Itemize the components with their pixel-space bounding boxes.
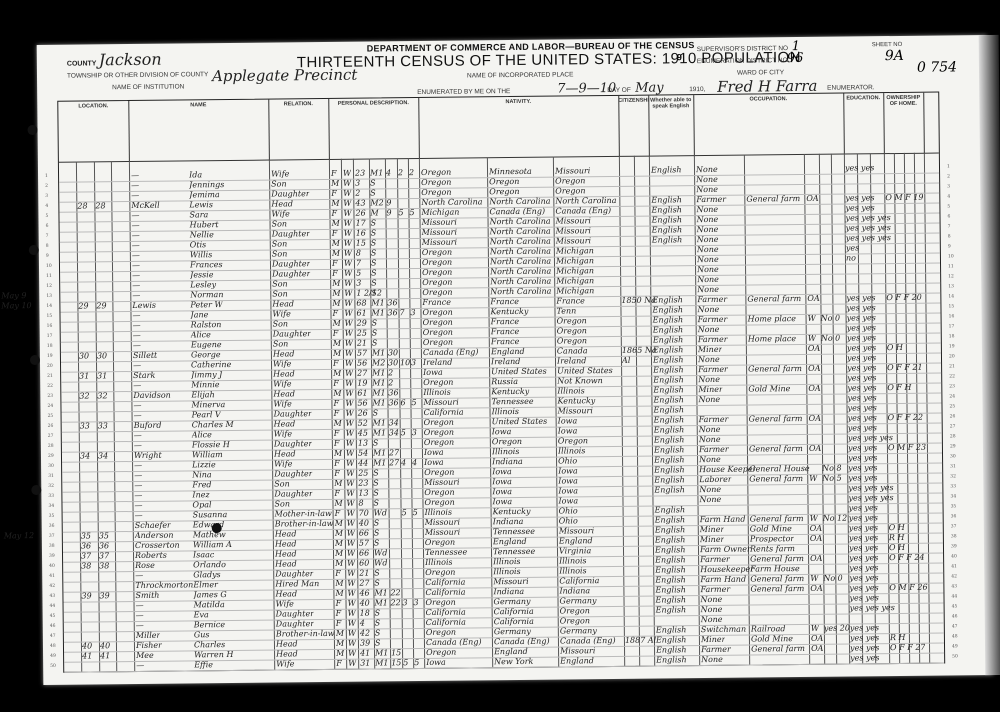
cell-race: W bbox=[348, 649, 356, 659]
binder-hole bbox=[212, 523, 222, 533]
cell-edu: yes bbox=[846, 243, 859, 253]
row-number: 40 bbox=[49, 562, 55, 572]
cell-given: Orlando bbox=[193, 560, 226, 570]
cell-race: W bbox=[345, 339, 353, 349]
row-number: 32 bbox=[48, 482, 54, 492]
cell-pobm: Oregon bbox=[557, 326, 587, 336]
cell-lang: English bbox=[653, 375, 684, 385]
cell-sex: M bbox=[333, 389, 341, 399]
row-number: 22 bbox=[47, 382, 53, 392]
cell-ms: S bbox=[370, 178, 376, 188]
cell-pobm: Missouri bbox=[557, 406, 592, 416]
cell-ms: S bbox=[371, 228, 377, 238]
cell-wk: No 0 bbox=[823, 574, 843, 584]
cell-ind: General farm bbox=[750, 554, 804, 565]
cell-lang: English bbox=[653, 385, 684, 395]
row-number-right: 39 bbox=[951, 542, 957, 552]
row-number: 13 bbox=[46, 292, 52, 302]
cell-ms: S bbox=[372, 318, 378, 328]
cell-lang: English bbox=[652, 305, 683, 315]
cell-rel: Daughter bbox=[274, 489, 312, 499]
cell-edu: yes yes bbox=[848, 443, 877, 453]
cell-living: 3 bbox=[410, 308, 415, 318]
cell-pob: France bbox=[422, 298, 451, 308]
cell-pob: Missouri bbox=[422, 218, 457, 228]
cell-rel: Son bbox=[271, 179, 287, 189]
cell-pobf: England bbox=[493, 537, 527, 547]
cell-pobm: France bbox=[556, 296, 585, 306]
cell-pobf: Illinois bbox=[492, 447, 520, 457]
cell-age: 27 bbox=[357, 369, 367, 379]
cell-occ: Farmer bbox=[697, 295, 727, 305]
cell-pobf: Iowa bbox=[492, 427, 512, 437]
cell-race: W bbox=[345, 389, 353, 399]
cell-rel: Wife bbox=[273, 399, 291, 409]
cell-edu: yes yes bbox=[847, 383, 876, 393]
cell-race: W bbox=[346, 499, 354, 509]
cell-given: Sara bbox=[189, 210, 208, 220]
cell-sex: M bbox=[333, 339, 341, 349]
cell-given: James G bbox=[193, 590, 226, 600]
cell-given: Otis bbox=[190, 240, 207, 250]
cell-lang: English bbox=[653, 345, 684, 355]
cell-edu: yes yes bbox=[850, 633, 879, 643]
cell-edu: yes yes bbox=[847, 373, 876, 383]
cell-given: Jennings bbox=[189, 180, 224, 190]
sheet-number-value: 9A bbox=[885, 48, 904, 64]
cell-occ: Farmer bbox=[698, 315, 728, 325]
cell-pob: Oregon bbox=[422, 288, 452, 298]
cell-pob: Oregon bbox=[422, 278, 452, 288]
cell-fam: 31 bbox=[97, 371, 107, 381]
row-number-right: 35 bbox=[951, 502, 957, 512]
cell-dw: 37 bbox=[81, 551, 91, 561]
cell-occ: Miner bbox=[700, 535, 725, 545]
cell-surname: Rose bbox=[135, 561, 155, 571]
cell-occ: Miner bbox=[700, 525, 725, 535]
cell-rel: Head bbox=[275, 549, 297, 559]
cell-rel: Mother-in-law bbox=[275, 509, 332, 520]
cell-race: W bbox=[347, 579, 355, 589]
row-number-right: 46 bbox=[952, 612, 958, 622]
cell-race: W bbox=[343, 189, 351, 199]
cell-surname: — bbox=[132, 231, 140, 241]
row-number-right: 49 bbox=[952, 642, 958, 652]
cell-surname: — bbox=[136, 611, 144, 621]
cell-race: W bbox=[346, 429, 354, 439]
row-number-right: 20 bbox=[949, 352, 955, 362]
cell-ow: OA bbox=[808, 384, 820, 394]
cell-given: Minnie bbox=[191, 380, 219, 390]
cell-dw: 30 bbox=[79, 351, 89, 361]
row-number: 30 bbox=[48, 462, 54, 472]
cell-rel: Daughter bbox=[273, 329, 311, 339]
cell-rel: Son bbox=[272, 279, 288, 289]
cell-pobm: California bbox=[559, 576, 599, 586]
cell-sex: M bbox=[334, 499, 342, 509]
cell-rel: Head bbox=[276, 639, 298, 649]
cell-pobf: Ireland bbox=[491, 357, 520, 367]
cell-surname: — bbox=[135, 571, 143, 581]
cell-age: 3 bbox=[355, 179, 360, 189]
cell-ms: M1 bbox=[372, 388, 385, 398]
cell-born: 10 bbox=[400, 358, 410, 368]
cell-rel: Son bbox=[274, 499, 290, 509]
cell-sex: M bbox=[331, 199, 339, 209]
cell-surname: — bbox=[132, 241, 140, 251]
cell-dw: 35 bbox=[81, 531, 91, 541]
cell-given: Susanna bbox=[193, 510, 228, 520]
cell-ow: OA bbox=[810, 584, 822, 594]
cell-age: 31 bbox=[360, 659, 370, 669]
cell-lang: English bbox=[651, 165, 682, 175]
row-number-right: 22 bbox=[949, 372, 955, 382]
row-number-right: 21 bbox=[949, 362, 955, 372]
row-number: 7 bbox=[46, 232, 49, 242]
cell-occ: None bbox=[701, 615, 723, 625]
cell-lang: English bbox=[655, 535, 686, 545]
cell-sex: M bbox=[332, 289, 340, 299]
cell-own: O H bbox=[889, 543, 905, 553]
cell-ms: M1 bbox=[370, 168, 383, 178]
cell-wk: No 5 bbox=[822, 474, 842, 484]
cell-edu: yes yes bbox=[847, 393, 876, 403]
cell-pobf: North Carolina bbox=[490, 257, 551, 268]
row-number: 42 bbox=[49, 582, 55, 592]
cell-lang: English bbox=[654, 425, 685, 435]
row-number-right: 2 bbox=[947, 172, 950, 182]
cell-pobf: Kentucky bbox=[493, 507, 531, 517]
cell-lang: English bbox=[651, 205, 682, 215]
cell-lang: English bbox=[655, 575, 686, 585]
cell-rel: Daughter bbox=[272, 269, 310, 279]
cell-surname: — bbox=[133, 401, 141, 411]
row-number-right: 50 bbox=[952, 652, 958, 662]
cell-occ: Farm Hand bbox=[700, 575, 746, 585]
cell-race: W bbox=[346, 469, 354, 479]
cell-fam: 28 bbox=[95, 201, 105, 211]
cell-pobm: Germany bbox=[560, 626, 597, 636]
row-number: 23 bbox=[47, 392, 53, 402]
row-number-right: 7 bbox=[948, 222, 951, 232]
cell-ms: S bbox=[373, 478, 379, 488]
cell-given: Bernice bbox=[194, 620, 225, 630]
cell-lang: English bbox=[654, 435, 685, 445]
cell-race: W bbox=[348, 629, 356, 639]
cell-surname: Roberts bbox=[135, 551, 167, 561]
cell-pobf: North Carolina bbox=[490, 217, 551, 228]
cell-sex: M bbox=[335, 549, 343, 559]
cell-race: W bbox=[344, 219, 352, 229]
cell-race: W bbox=[345, 359, 353, 369]
cell-ms: S bbox=[374, 538, 380, 548]
cell-pobm: Illinois bbox=[558, 446, 586, 456]
cell-pob: California bbox=[423, 408, 463, 418]
cell-surname: Mee bbox=[136, 651, 154, 661]
ward-label: WARD OF CITY bbox=[737, 69, 784, 76]
cell-ind: General farm bbox=[746, 194, 800, 205]
cell-fam: 37 bbox=[99, 551, 109, 561]
cell-pob: Missouri bbox=[422, 228, 457, 238]
cell-edu: yes yes bbox=[849, 543, 878, 553]
cell-dw: 28 bbox=[77, 201, 87, 211]
col-ownership: OWNERSHIP OF HOME. bbox=[883, 93, 925, 154]
cell-rel: Head bbox=[275, 589, 297, 599]
cell-pobf: England bbox=[491, 347, 525, 357]
cell-edu: yes yes bbox=[848, 463, 877, 473]
cell-dw: 39 bbox=[81, 591, 91, 601]
cell-age: 52 bbox=[358, 419, 368, 429]
cell-pobm: Illinois bbox=[557, 386, 585, 396]
cell-pob: Missouri bbox=[422, 238, 457, 248]
cell-edu: yes yes bbox=[849, 573, 878, 583]
cell-ind: General farm bbox=[750, 514, 804, 525]
cell-race: W bbox=[347, 519, 355, 529]
binder-hole bbox=[30, 355, 40, 365]
row-number: 29 bbox=[48, 452, 54, 462]
cell-age: 13 bbox=[358, 489, 368, 499]
cell-pobf: Kentucky bbox=[490, 307, 528, 317]
cell-age: 23 bbox=[358, 479, 368, 489]
cell-fam: 32 bbox=[97, 391, 107, 401]
cell-occ: None bbox=[698, 375, 720, 385]
cell-ms: M bbox=[370, 208, 378, 218]
cell-lang: English bbox=[655, 545, 686, 555]
cell-sex: M bbox=[334, 449, 342, 459]
cell-rel: Head bbox=[274, 449, 296, 459]
cell-pobm: Ohio bbox=[559, 506, 578, 516]
row-number: 28 bbox=[48, 442, 54, 452]
cell-ms: M1 bbox=[371, 308, 384, 318]
row-number-right: 23 bbox=[949, 382, 955, 392]
cell-lang: English bbox=[654, 465, 685, 475]
cell-surname: Davidson bbox=[133, 391, 171, 401]
cell-pob: Missouri bbox=[425, 518, 460, 528]
row-number-right: 5 bbox=[947, 202, 950, 212]
cell-edu: yes yes bbox=[849, 513, 878, 523]
row-number: 8 bbox=[46, 242, 49, 252]
cell-ind: General farm bbox=[749, 444, 803, 455]
cell-pobf: Illinois bbox=[493, 557, 521, 567]
cell-ind: Gold Mine bbox=[751, 634, 793, 644]
cell-given: Frances bbox=[190, 260, 223, 270]
cell-sex: F bbox=[332, 229, 338, 239]
cell-surname: — bbox=[133, 341, 141, 351]
year-label: 1910, bbox=[689, 86, 705, 93]
cell-ow: OA bbox=[810, 524, 822, 534]
cell-pob: Oregon bbox=[422, 268, 452, 278]
cell-occ: Farm Hand bbox=[700, 515, 746, 525]
cell-given: Effie bbox=[194, 660, 213, 670]
row-number: 33 bbox=[48, 492, 54, 502]
cell-occ: None bbox=[699, 495, 721, 505]
cell-edu: yes yes yes bbox=[850, 603, 895, 613]
cell-lang: English bbox=[652, 235, 683, 245]
cell-pobm: Canada bbox=[557, 346, 588, 356]
cell-occ: None bbox=[698, 325, 720, 335]
cell-surname: — bbox=[134, 501, 142, 511]
cell-yrs: 36 bbox=[387, 308, 397, 318]
row-number: 48 bbox=[50, 642, 56, 652]
row-number-right: 45 bbox=[952, 602, 958, 612]
row-number: 12 bbox=[46, 282, 52, 292]
cell-surname: Lewis bbox=[132, 301, 156, 311]
cell-surname: — bbox=[132, 221, 140, 231]
row-number-right: 6 bbox=[947, 212, 950, 222]
cell-age: 19 bbox=[357, 379, 367, 389]
cell-edu: no bbox=[846, 253, 856, 263]
cell-sex: F bbox=[333, 359, 339, 369]
cell-pob: California bbox=[425, 578, 465, 588]
cell-age: 61 bbox=[356, 309, 366, 319]
cell-occ: House Keeper bbox=[699, 464, 756, 475]
cell-ms: S bbox=[375, 608, 381, 618]
cell-own: R H bbox=[889, 533, 905, 543]
cell-given: Inez bbox=[192, 490, 209, 500]
cell-age: 26 bbox=[358, 409, 368, 419]
cell-occ: Farmer bbox=[699, 445, 729, 455]
cell-age: 5 bbox=[356, 269, 361, 279]
row-number: 19 bbox=[47, 352, 53, 362]
cell-rel: Son bbox=[272, 219, 288, 229]
col-extra bbox=[923, 93, 939, 154]
cell-rel: Daughter bbox=[276, 609, 314, 619]
cell-ind: General farm bbox=[751, 644, 805, 655]
cell-occ: Housekeeper bbox=[700, 565, 754, 576]
cell-pobm: Missouri bbox=[556, 216, 591, 226]
cell-surname: — bbox=[131, 191, 139, 201]
row-number-right: 9 bbox=[948, 242, 951, 252]
cell-ow: OA bbox=[808, 364, 820, 374]
row-number: 5 bbox=[45, 212, 48, 222]
col-citizenship: CITIZENSHIP. bbox=[618, 96, 650, 157]
cell-given: Lesley bbox=[190, 280, 216, 290]
row-number: 43 bbox=[49, 592, 55, 602]
row-number-right: 26 bbox=[950, 412, 956, 422]
cell-edu: yes yes bbox=[846, 293, 875, 303]
cell-edu: yes yes bbox=[848, 413, 877, 423]
cell-pobf: United States bbox=[492, 417, 548, 428]
cell-ms: M2 bbox=[370, 198, 383, 208]
cell-occ: None bbox=[696, 215, 718, 225]
cell-ms: S bbox=[375, 638, 381, 648]
cell-age: 57 bbox=[357, 349, 367, 359]
row-number-right: 43 bbox=[951, 582, 957, 592]
cell-sex: F bbox=[335, 569, 341, 579]
cell-pobf: Iowa bbox=[492, 497, 512, 507]
row-number: 45 bbox=[50, 612, 56, 622]
cell-pob: Oregon bbox=[422, 308, 452, 318]
cell-age: 66 bbox=[359, 549, 369, 559]
cell-lang: English bbox=[656, 625, 687, 635]
cell-living: 3 bbox=[412, 428, 417, 438]
cell-age: 2 bbox=[355, 189, 360, 199]
cell-race: W bbox=[347, 589, 355, 599]
cell-pobf: Iowa bbox=[492, 467, 512, 477]
cell-age: 43 bbox=[355, 199, 365, 209]
cell-fam: 29 bbox=[96, 301, 106, 311]
cell-edu: yes yes bbox=[849, 593, 878, 603]
cell-given: Opal bbox=[192, 500, 211, 510]
cell-occ: Farmer bbox=[700, 555, 730, 565]
cell-pobf: France bbox=[491, 317, 520, 327]
cell-fam: 34 bbox=[98, 451, 108, 461]
cell-pob: Illinois bbox=[425, 558, 453, 568]
scan-edge bbox=[979, 35, 1000, 675]
cell-rel: Daughter bbox=[274, 469, 312, 479]
cell-sex: F bbox=[331, 209, 337, 219]
cell-ow: OA bbox=[809, 414, 821, 424]
cell-age: 54 bbox=[358, 449, 368, 459]
cell-age: 25 bbox=[358, 469, 368, 479]
cell-surname: Schaefer bbox=[135, 521, 171, 531]
row-number: 39 bbox=[49, 552, 55, 562]
cell-edu: yes yes bbox=[850, 643, 879, 653]
cell-edu: yes yes bbox=[847, 353, 876, 363]
cell-age: 45 bbox=[358, 429, 368, 439]
row-number-right: 33 bbox=[950, 482, 956, 492]
cell-surname: — bbox=[134, 411, 142, 421]
cell-edu: yes yes bbox=[845, 163, 874, 173]
row-number-right: 42 bbox=[951, 572, 957, 582]
cell-ow: OA bbox=[810, 554, 822, 564]
cell-sex: F bbox=[334, 459, 340, 469]
cell-ind: General farm bbox=[748, 364, 802, 375]
row-number-right: 19 bbox=[949, 342, 955, 352]
cell-edu: yes yes bbox=[848, 453, 877, 463]
cell-own: O F H bbox=[887, 383, 911, 393]
cell-edu: yes yes bbox=[848, 473, 877, 483]
cell-pobm: Oregon bbox=[557, 336, 587, 346]
cell-fam: 35 bbox=[99, 531, 109, 541]
cell-rel: Wife bbox=[273, 379, 291, 389]
cell-age: 17 bbox=[356, 219, 366, 229]
cell-sex: M bbox=[332, 249, 340, 259]
cell-pobm: Iowa bbox=[558, 486, 578, 496]
row-number-right: 11 bbox=[948, 262, 954, 272]
institution-label: NAME OF INSTITUTION bbox=[112, 83, 184, 91]
row-number-right: 27 bbox=[950, 422, 956, 432]
cell-lang: English bbox=[656, 655, 687, 665]
cell-rel: Son bbox=[272, 239, 288, 249]
cell-ow: OA bbox=[809, 444, 821, 454]
cell-edu: yes yes bbox=[849, 563, 878, 573]
cell-age: 56 bbox=[357, 399, 367, 409]
cell-age: 21 bbox=[357, 339, 367, 349]
cell-given: George bbox=[191, 350, 221, 360]
cell-surname: — bbox=[133, 361, 141, 371]
cell-ms: M1 bbox=[374, 588, 387, 598]
cell-imm: 1850 Na bbox=[621, 296, 656, 306]
cell-pob: Oregon bbox=[423, 328, 453, 338]
row-number: 35 bbox=[49, 512, 55, 522]
cell-surname: — bbox=[135, 511, 143, 521]
cell-ms: S bbox=[373, 488, 379, 498]
cell-rel: Daughter bbox=[275, 569, 313, 579]
cell-dw: 36 bbox=[81, 541, 91, 551]
cell-pob: Missouri bbox=[424, 478, 459, 488]
cell-pobf: North Carolina bbox=[490, 227, 551, 238]
cell-occ: None bbox=[698, 355, 720, 365]
cell-pobf: Germany bbox=[494, 627, 531, 637]
row-number-right: 8 bbox=[948, 232, 951, 242]
cell-dw: 40 bbox=[82, 641, 92, 651]
cell-ms: S bbox=[371, 248, 377, 258]
cell-own: O F F 27 bbox=[890, 643, 926, 653]
cell-sex: F bbox=[333, 399, 339, 409]
cell-pobm: Indiana bbox=[559, 586, 590, 596]
cell-pob: Oregon bbox=[423, 318, 453, 328]
